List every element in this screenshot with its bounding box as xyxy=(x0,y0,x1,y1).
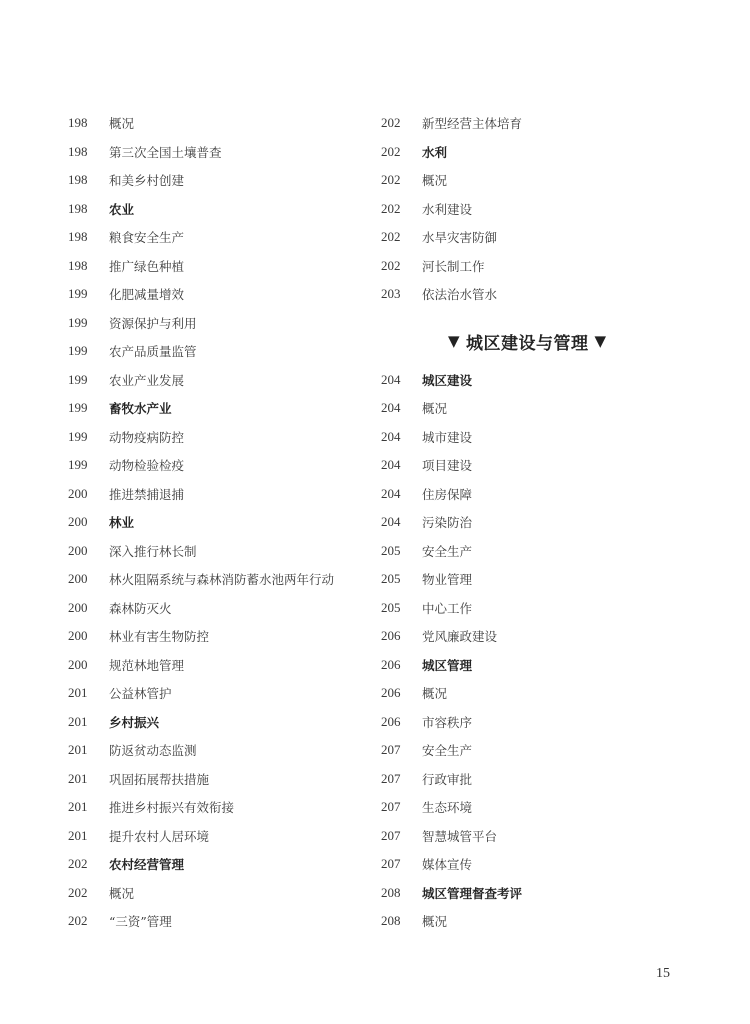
entry-title: 林业 xyxy=(109,513,134,531)
entry-page-number: 204 xyxy=(381,400,422,416)
entry-page-number: 202 xyxy=(68,885,109,901)
entry-title: 农业 xyxy=(109,200,134,218)
entry-page-number: 206 xyxy=(381,685,422,701)
toc-entry[interactable]: 206市容秩序 xyxy=(381,708,641,737)
entry-title: 物业管理 xyxy=(422,570,472,588)
toc-entry[interactable]: 201提升农村人居环境 xyxy=(68,822,358,851)
toc-entry[interactable]: 206概况 xyxy=(381,679,641,708)
entry-page-number: 202 xyxy=(381,229,422,245)
toc-entry[interactable]: 200林业有害生物防控 xyxy=(68,622,358,651)
toc-entry[interactable]: 202水旱灾害防御 xyxy=(381,223,641,252)
entry-page-number: 207 xyxy=(381,799,422,815)
toc-entry[interactable]: 198第三次全国土壤普查 xyxy=(68,138,358,167)
entry-page-number: 200 xyxy=(68,628,109,644)
entry-title: 住房保障 xyxy=(422,485,472,503)
entry-title: 新型经营主体培育 xyxy=(422,114,522,132)
toc-entry[interactable]: 204概况 xyxy=(381,394,641,423)
entry-title: 河长制工作 xyxy=(422,257,485,275)
entry-page-number: 200 xyxy=(68,600,109,616)
entry-title: 污染防治 xyxy=(422,513,472,531)
section-title: 城区建设与管理 xyxy=(466,329,589,354)
entry-title: 化肥减量增效 xyxy=(109,285,184,303)
entry-title: 防返贫动态监测 xyxy=(109,741,197,759)
toc-entry[interactable]: 202概况 xyxy=(68,879,358,908)
toc-entry[interactable]: 201公益林管护 xyxy=(68,679,358,708)
entry-page-number: 199 xyxy=(68,315,109,331)
toc-entry[interactable]: 205安全生产 xyxy=(381,537,641,566)
entry-title: 安全生产 xyxy=(422,741,472,759)
entry-title: 推广绿色种植 xyxy=(109,257,184,275)
entry-page-number: 201 xyxy=(68,771,109,787)
entry-page-number: 205 xyxy=(381,600,422,616)
entry-page-number: 206 xyxy=(381,657,422,673)
entry-title: 粮食安全生产 xyxy=(109,228,184,246)
entry-title: 行政审批 xyxy=(422,770,472,788)
entry-title: 森林防灭火 xyxy=(109,599,172,617)
entry-title: 城区建设 xyxy=(422,371,472,389)
toc-entry[interactable]: 200规范林地管理 xyxy=(68,651,358,680)
entry-title: 农业产业发展 xyxy=(109,371,184,389)
toc-entry[interactable]: 199化肥减量增效 xyxy=(68,280,358,309)
entry-page-number: 198 xyxy=(68,172,109,188)
entry-title: 农村经营管理 xyxy=(109,855,184,873)
toc-entry[interactable]: 202水利建设 xyxy=(381,195,641,224)
entry-title: 提升农村人居环境 xyxy=(109,827,209,845)
entry-page-number: 199 xyxy=(68,457,109,473)
entry-title: “三资”管理 xyxy=(109,912,172,930)
entry-page-number: 198 xyxy=(68,229,109,245)
entry-title: 市容秩序 xyxy=(422,713,472,731)
entry-page-number: 201 xyxy=(68,685,109,701)
entry-title: 概况 xyxy=(109,114,134,132)
toc-entry[interactable]: 200深入推行林长制 xyxy=(68,537,358,566)
toc-entry[interactable]: 204住房保障 xyxy=(381,480,641,509)
toc-heading-entry[interactable]: 204城区建设 xyxy=(381,366,641,395)
entry-title: 依法治水管水 xyxy=(422,285,497,303)
entry-page-number: 207 xyxy=(381,856,422,872)
toc-entry[interactable]: 199资源保护与利用 xyxy=(68,309,358,338)
entry-title: 项目建设 xyxy=(422,456,472,474)
entry-title: 公益林管护 xyxy=(109,684,172,702)
entry-page-number: 203 xyxy=(381,286,422,302)
entry-page-number: 206 xyxy=(381,628,422,644)
entry-title: 媒体宣传 xyxy=(422,855,472,873)
entry-page-number: 199 xyxy=(68,372,109,388)
toc-entry[interactable]: 202河长制工作 xyxy=(381,252,641,281)
toc-entry[interactable]: 203依法治水管水 xyxy=(381,280,641,309)
entry-page-number: 199 xyxy=(68,400,109,416)
entry-title: 推进禁捕退捕 xyxy=(109,485,184,503)
entry-page-number: 208 xyxy=(381,913,422,929)
entry-page-number: 202 xyxy=(68,913,109,929)
toc-entry[interactable]: 208概况 xyxy=(381,907,641,936)
toc-entry[interactable]: 200推进禁捕退捕 xyxy=(68,480,358,509)
toc-entry[interactable]: 204污染防治 xyxy=(381,508,641,537)
entry-page-number: 207 xyxy=(381,828,422,844)
entry-title: 巩固拓展帮扶措施 xyxy=(109,770,209,788)
entry-page-number: 204 xyxy=(381,514,422,530)
entry-page-number: 207 xyxy=(381,742,422,758)
entry-page-number: 205 xyxy=(381,543,422,559)
entry-title: 推进乡村振兴有效衔接 xyxy=(109,798,234,816)
entry-page-number: 199 xyxy=(68,286,109,302)
entry-page-number: 202 xyxy=(68,856,109,872)
entry-page-number: 204 xyxy=(381,372,422,388)
entry-page-number: 202 xyxy=(381,172,422,188)
toc-left-column: 198概况198第三次全国土壤普查198和美乡村创建198农业198粮食安全生产… xyxy=(68,109,358,936)
toc-entry[interactable]: 207安全生产 xyxy=(381,736,641,765)
toc-heading-entry[interactable]: 198农业 xyxy=(68,195,358,224)
toc-entry[interactable]: 199农业产业发展 xyxy=(68,366,358,395)
entry-title: 资源保护与利用 xyxy=(109,314,197,332)
entry-page-number: 201 xyxy=(68,828,109,844)
entry-page-number: 205 xyxy=(381,571,422,587)
toc-heading-entry[interactable]: 202农村经营管理 xyxy=(68,850,358,879)
entry-page-number: 204 xyxy=(381,486,422,502)
toc-entry[interactable]: 206党风廉政建设 xyxy=(381,622,641,651)
entry-page-number: 200 xyxy=(68,571,109,587)
entry-page-number: 207 xyxy=(381,771,422,787)
entry-title: 概况 xyxy=(422,171,447,189)
entry-page-number: 200 xyxy=(68,486,109,502)
entry-title: 中心工作 xyxy=(422,599,472,617)
entry-title: 第三次全国土壤普查 xyxy=(109,143,222,161)
toc-entry[interactable]: 200林火阻隔系统与森林消防蓄水池两年行动 xyxy=(68,565,358,594)
entry-page-number: 198 xyxy=(68,201,109,217)
entry-title: 概况 xyxy=(422,684,447,702)
entry-page-number: 198 xyxy=(68,144,109,160)
toc-entry[interactable]: 198粮食安全生产 xyxy=(68,223,358,252)
entry-page-number: 201 xyxy=(68,714,109,730)
toc-entry[interactable]: 204项目建设 xyxy=(381,451,641,480)
entry-title: 生态环境 xyxy=(422,798,472,816)
entry-title: 畜牧水产业 xyxy=(109,399,172,417)
entry-page-number: 202 xyxy=(381,144,422,160)
entry-page-number: 198 xyxy=(68,258,109,274)
entry-title: 水旱灾害防御 xyxy=(422,228,497,246)
entry-title: 智慧城管平台 xyxy=(422,827,497,845)
toc-entry[interactable]: 200森林防灭火 xyxy=(68,594,358,623)
entry-page-number: 206 xyxy=(381,714,422,730)
entry-title: 动物疫病防控 xyxy=(109,428,184,446)
toc-entry[interactable]: 201推进乡村振兴有效衔接 xyxy=(68,793,358,822)
toc-entry[interactable]: 202概况 xyxy=(381,166,641,195)
toc-entry[interactable]: 198和美乡村创建 xyxy=(68,166,358,195)
toc-heading-entry[interactable]: 202水利 xyxy=(381,138,641,167)
entry-title: 概况 xyxy=(109,884,134,902)
toc-heading-entry[interactable]: 201乡村振兴 xyxy=(68,708,358,737)
toc-entry[interactable]: 201防返贫动态监测 xyxy=(68,736,358,765)
entry-title: 城区管理督查考评 xyxy=(422,884,522,902)
toc-entry[interactable]: 201巩固拓展帮扶措施 xyxy=(68,765,358,794)
entry-title: 党风廉政建设 xyxy=(422,627,497,645)
toc-entry[interactable]: 199农产品质量监管 xyxy=(68,337,358,366)
entry-page-number: 200 xyxy=(68,514,109,530)
entry-title: 水利建设 xyxy=(422,200,472,218)
entry-page-number: 202 xyxy=(381,115,422,131)
entry-page-number: 202 xyxy=(381,201,422,217)
entry-title: 城市建设 xyxy=(422,428,472,446)
entry-title: 概况 xyxy=(422,399,447,417)
toc-entry[interactable]: 202“三资”管理 xyxy=(68,907,358,936)
toc-right-column: 202新型经营主体培育202水利202概况202水利建设202水旱灾害防御202… xyxy=(381,109,641,936)
entry-title: 乡村振兴 xyxy=(109,713,159,731)
toc-heading-entry[interactable]: 208城区管理督查考评 xyxy=(381,879,641,908)
entry-page-number: 200 xyxy=(68,657,109,673)
triangle-down-icon: ▼ xyxy=(448,332,460,350)
entry-page-number: 204 xyxy=(381,429,422,445)
toc-entry[interactable]: 205中心工作 xyxy=(381,594,641,623)
entry-title: 概况 xyxy=(422,912,447,930)
toc-entry[interactable]: 204城市建设 xyxy=(381,423,641,452)
entry-title: 水利 xyxy=(422,143,447,161)
toc-entry[interactable]: 199动物疫病防控 xyxy=(68,423,358,452)
entry-title: 安全生产 xyxy=(422,542,472,560)
entry-page-number: 199 xyxy=(68,429,109,445)
entry-title: 和美乡村创建 xyxy=(109,171,184,189)
toc-entry[interactable]: 207行政审批 xyxy=(381,765,641,794)
toc-heading-entry[interactable]: 206城区管理 xyxy=(381,651,641,680)
entry-page-number: 200 xyxy=(68,543,109,559)
entry-title: 林火阻隔系统与森林消防蓄水池两年行动 xyxy=(109,570,334,588)
toc-entry[interactable]: 207智慧城管平台 xyxy=(381,822,641,851)
entry-page-number: 208 xyxy=(381,885,422,901)
toc-entry[interactable]: 207生态环境 xyxy=(381,793,641,822)
page-number: 15 xyxy=(656,966,670,982)
entry-page-number: 204 xyxy=(381,457,422,473)
entry-title: 农产品质量监管 xyxy=(109,342,197,360)
toc-entry[interactable]: 207媒体宣传 xyxy=(381,850,641,879)
triangle-down-icon: ▼ xyxy=(595,332,607,350)
toc-entry[interactable]: 198概况 xyxy=(68,109,358,138)
toc-entry[interactable]: 202新型经营主体培育 xyxy=(381,109,641,138)
entry-page-number: 199 xyxy=(68,343,109,359)
entry-title: 深入推行林长制 xyxy=(109,542,197,560)
toc-entry[interactable]: 205物业管理 xyxy=(381,565,641,594)
entry-page-number: 201 xyxy=(68,742,109,758)
entry-title: 城区管理 xyxy=(422,656,472,674)
entry-page-number: 198 xyxy=(68,115,109,131)
toc-heading-entry[interactable]: 200林业 xyxy=(68,508,358,537)
entry-title: 规范林地管理 xyxy=(109,656,184,674)
entry-page-number: 201 xyxy=(68,799,109,815)
toc-heading-entry[interactable]: 199畜牧水产业 xyxy=(68,394,358,423)
toc-entry[interactable]: 198推广绿色种植 xyxy=(68,252,358,281)
entry-title: 动物检验检疫 xyxy=(109,456,184,474)
entry-page-number: 202 xyxy=(381,258,422,274)
entry-title: 林业有害生物防控 xyxy=(109,627,209,645)
toc-entry[interactable]: 199动物检验检疫 xyxy=(68,451,358,480)
section-header: ▼ 城区建设与管理 ▼ xyxy=(381,309,641,366)
